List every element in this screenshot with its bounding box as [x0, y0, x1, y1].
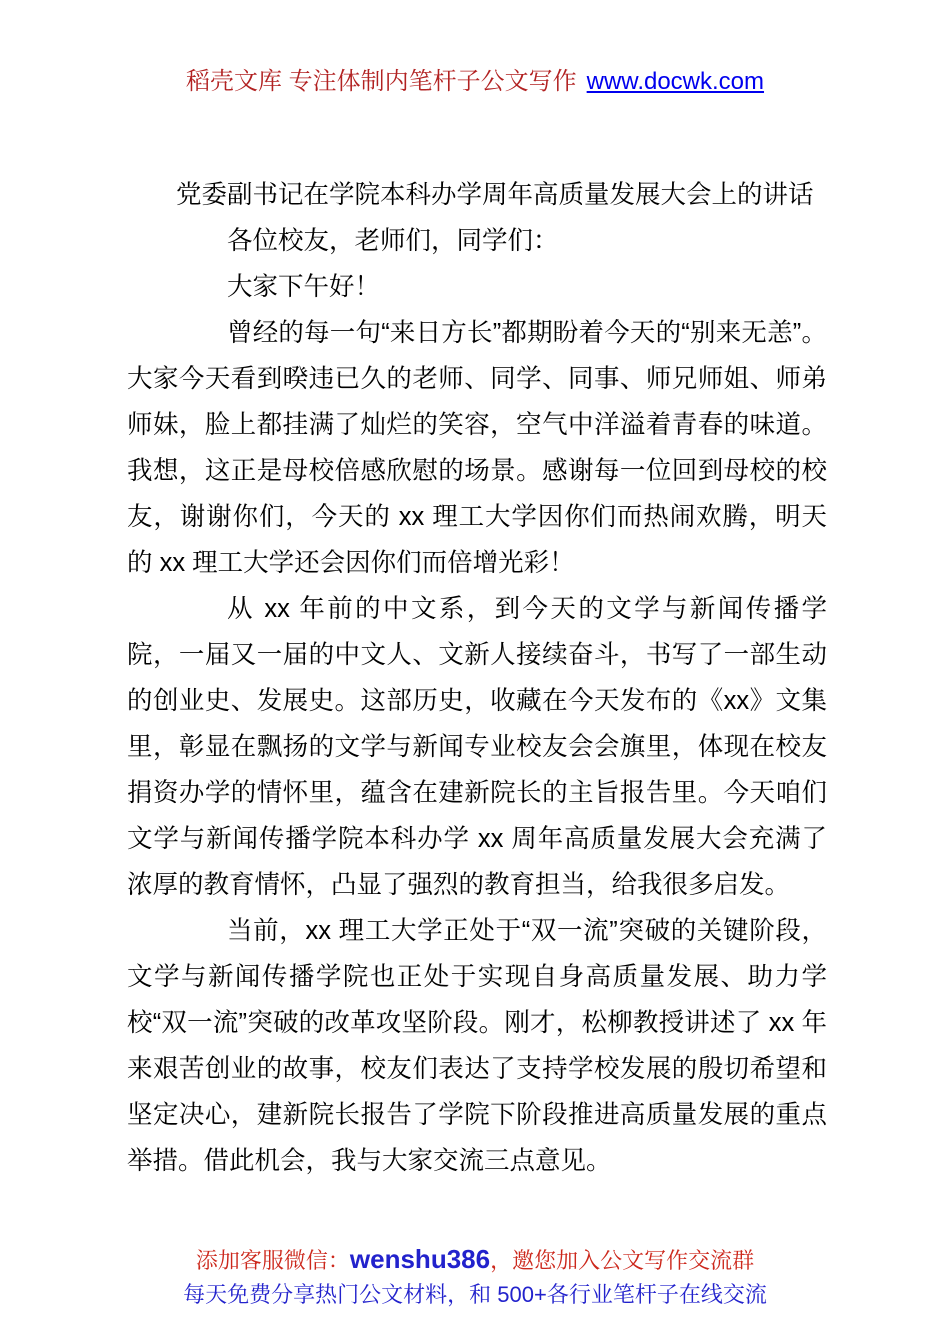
site-link[interactable]: www.docwk.com	[587, 68, 764, 95]
brand-text: 稻壳文库 专注体制内笔杆子公文写作	[186, 68, 577, 95]
promo-footer: 添加客服微信：wenshu386，邀您加入公文写作交流群 每天免费分享热门公文材…	[0, 1242, 950, 1312]
footer-line1-prefix: 添加客服微信：	[196, 1248, 350, 1273]
footer-line2: 每天免费分享热门公文材料，和 500+各行业笔杆子在线交流	[0, 1278, 950, 1312]
document-title: 党委副书记在学院本科办学周年高质量发展大会上的讲话	[127, 172, 827, 218]
paragraph-body-3: 当前，xx 理工大学正处于“双一流”突破的关键阶段，文学与新闻传播学院也正处于实…	[127, 908, 827, 1184]
paragraph-greeting: 大家下午好！	[127, 264, 827, 310]
document-body: 党委副书记在学院本科办学周年高质量发展大会上的讲话 各位校友，老师们，同学们： …	[127, 172, 827, 1184]
paragraph-body-1: 曾经的每一句“来日方长”都期盼着今天的“别来无恙”。大家今天看到暌违已久的老师、…	[127, 310, 827, 586]
paragraph-body-2: 从 xx 年前的中文系，到今天的文学与新闻传播学院，一届又一届的中文人、文新人接…	[127, 586, 827, 908]
promo-header: 稻壳文库 专注体制内笔杆子公文写作www.docwk.com	[0, 0, 950, 100]
footer-line1-suffix: ，邀您加入公文写作交流群	[490, 1248, 754, 1273]
footer-line1: 添加客服微信：wenshu386，邀您加入公文写作交流群	[0, 1242, 950, 1278]
document-page: 稻壳文库 专注体制内笔杆子公文写作www.docwk.com 党委副书记在学院本…	[0, 0, 950, 1312]
wechat-id: wenshu386	[350, 1244, 490, 1274]
paragraph-salutation: 各位校友，老师们，同学们：	[127, 218, 827, 264]
